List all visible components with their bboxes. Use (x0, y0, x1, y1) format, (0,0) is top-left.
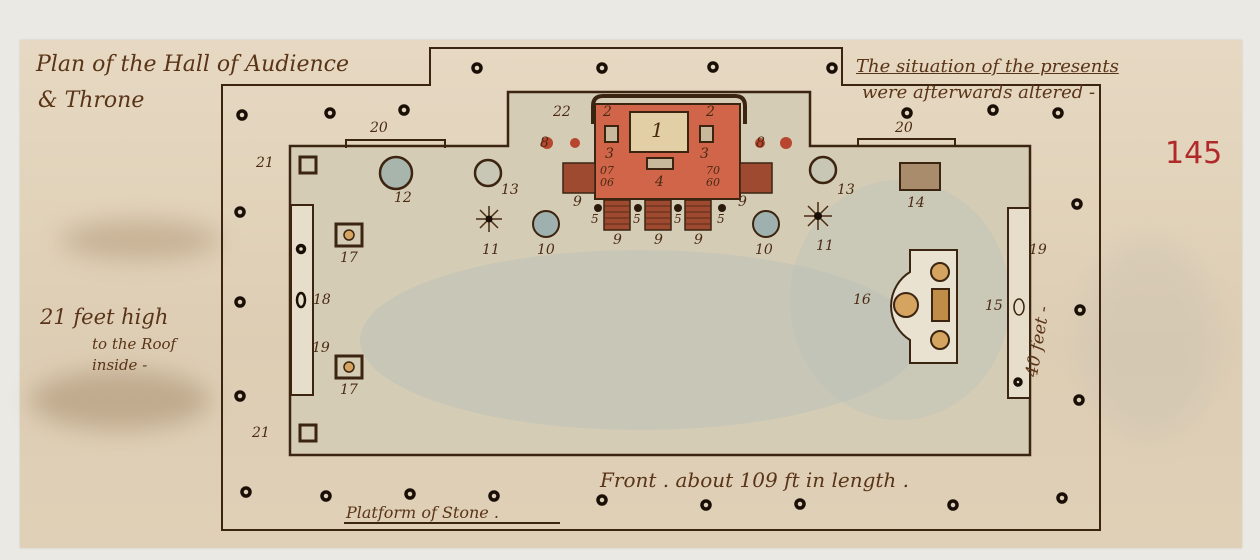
box-14 (900, 163, 940, 190)
cushion-right (700, 126, 713, 142)
label-5a: 5 (591, 212, 599, 226)
note-line-2: were afterwards altered - (862, 82, 1095, 103)
label-60: 60 (706, 176, 720, 189)
height-note-1: 21 feet high (40, 305, 168, 329)
label-5b: 5 (633, 212, 641, 226)
label-9a: 9 (573, 194, 582, 210)
footstool (647, 158, 673, 169)
vessel-13-right (810, 157, 836, 183)
label-8-right: 8 (756, 135, 765, 151)
label-13-left: 13 (501, 182, 519, 198)
cushion-left (605, 126, 618, 142)
label-12: 12 (394, 190, 412, 206)
label-17-top: 17 (340, 250, 358, 266)
label-22: 22 (553, 104, 571, 120)
vessel-10-left (533, 211, 559, 237)
label-13-right: 13 (837, 182, 855, 198)
height-note-3: inside - (92, 356, 147, 374)
label-2-right: 2 (706, 104, 715, 120)
label-19-right: 19 (1029, 242, 1047, 258)
label-06: 06 (600, 176, 614, 189)
label-10-left: 10 (537, 242, 555, 258)
vessel-12 (380, 157, 412, 189)
label-8-left: 8 (540, 135, 549, 151)
label-1: 1 (651, 118, 664, 142)
label-9b: 9 (613, 232, 622, 248)
label-3-right: 3 (700, 146, 709, 162)
label-10-right: 10 (755, 242, 773, 258)
label-5c: 5 (674, 212, 682, 226)
label-5d: 5 (717, 212, 725, 226)
label-20-left: 20 (370, 120, 388, 136)
label-9e: 9 (738, 194, 747, 210)
label-17-bottom: 17 (340, 382, 358, 398)
label-16: 16 (853, 292, 871, 308)
label-9d: 9 (694, 232, 703, 248)
note-line-1: The situation of the presents (856, 56, 1119, 77)
platform-note: Platform of Stone . (346, 503, 499, 522)
label-20-right: 20 (895, 120, 913, 136)
label-3-left: 3 (605, 146, 614, 162)
title-line-1: Plan of the Hall of Audience (36, 52, 349, 77)
vessel-13-left (475, 160, 501, 186)
lamp-8-right (780, 137, 792, 149)
lamp-left-2 (570, 138, 580, 148)
label-14: 14 (907, 195, 925, 211)
label-9c: 9 (654, 232, 663, 248)
page-number: 145 (1165, 136, 1222, 171)
screen-left (291, 205, 313, 395)
height-note-2: to the Roof (92, 335, 176, 353)
label-19-left: 19 (312, 340, 330, 356)
label-11-right: 11 (816, 238, 834, 254)
label-18: 18 (313, 292, 331, 308)
label-2-left: 2 (603, 104, 612, 120)
label-21-bottom: 21 (252, 425, 270, 441)
label-15: 15 (985, 298, 1003, 314)
label-11-left: 11 (482, 242, 500, 258)
label-21-top: 21 (256, 155, 274, 171)
title-line-2: & Throne (38, 88, 144, 113)
label-4: 4 (655, 174, 664, 190)
front-note: Front . about 109 ft in length . (600, 468, 909, 492)
vessel-10-right (753, 211, 779, 237)
